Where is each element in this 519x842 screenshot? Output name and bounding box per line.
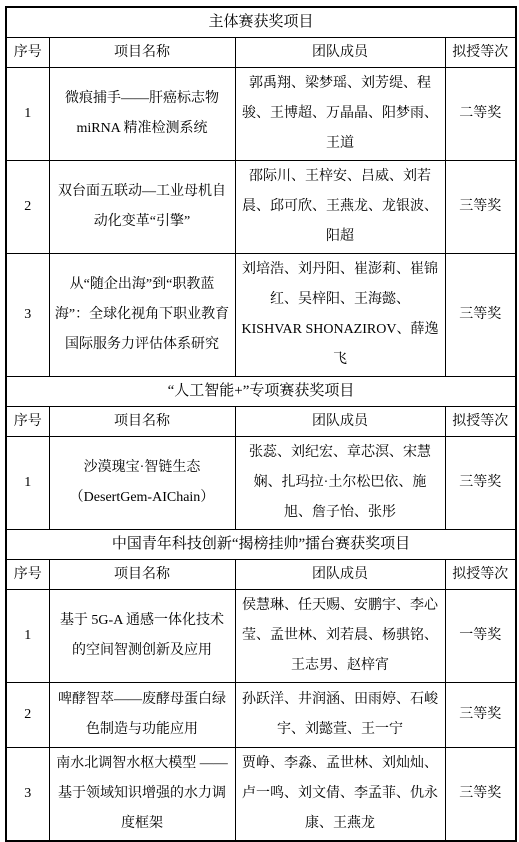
team-members-cell: 张蕊、刘纪宏、章芯溟、宋慧娴、扎玛拉·土尔松巴依、施旭、詹子怡、张彤 — [235, 437, 445, 530]
column-header-award: 拟授等次 — [445, 560, 516, 590]
table-row: 3 南水北调智水枢大模型 —— 基于领域知识增强的水力调度框架 贾峥、李淼、孟世… — [6, 748, 516, 842]
team-members-cell: 侯慧琳、任天赐、安鹏宇、李心莹、孟世林、刘若晨、杨骐铭、王志男、赵梓宵 — [235, 590, 445, 683]
column-header-members: 团队成员 — [235, 38, 445, 68]
section-title-row: 中国青年科技创新“揭榜挂帅”擂台赛获奖项目 — [6, 530, 516, 560]
section-title: 中国青年科技创新“揭榜挂帅”擂台赛获奖项目 — [6, 530, 516, 560]
serial-cell: 2 — [6, 683, 49, 748]
section-title: 主体赛获奖项目 — [6, 7, 516, 38]
awards-table: 主体赛获奖项目 序号 项目名称 团队成员 拟授等次 1 微痕捕手——肝癌标志物 … — [5, 6, 517, 842]
award-cell: 一等奖 — [445, 590, 516, 683]
table-row: 1 沙漠瑰宝·智链生态（DesertGem-AIChain） 张蕊、刘纪宏、章芯… — [6, 437, 516, 530]
team-members-cell: 刘培浩、刘丹阳、崔澎莉、崔锦红、吴梓阳、王海懿、KISHVAR SHONAZIR… — [235, 254, 445, 377]
team-members-cell: 郭禹翔、梁梦瑶、刘芳缇、程骏、王博超、万晶晶、阳梦雨、王道 — [235, 68, 445, 161]
column-header-serial: 序号 — [6, 407, 49, 437]
column-header-name: 项目名称 — [49, 38, 235, 68]
team-members-cell: 贾峥、李淼、孟世林、刘灿灿、卢一鸣、刘文倩、李孟菲、仇永康、王燕龙 — [235, 748, 445, 842]
column-header-row: 序号 项目名称 团队成员 拟授等次 — [6, 407, 516, 437]
column-header-name: 项目名称 — [49, 560, 235, 590]
project-name-cell: 啤酵智萃——废酵母蛋白绿色制造与功能应用 — [49, 683, 235, 748]
team-members-cell: 邵际川、王梓安、吕威、刘若晨、邱可欣、王燕龙、龙银波、阳超 — [235, 161, 445, 254]
document-page: 主体赛获奖项目 序号 项目名称 团队成员 拟授等次 1 微痕捕手——肝癌标志物 … — [0, 0, 519, 764]
column-header-members: 团队成员 — [235, 407, 445, 437]
table-row: 1 基于 5G-A 通感一体化技术的空间智测创新及应用 侯慧琳、任天赐、安鹏宇、… — [6, 590, 516, 683]
table-row: 2 双台面五联动—工业母机自动化变革“引擎” 邵际川、王梓安、吕威、刘若晨、邱可… — [6, 161, 516, 254]
column-header-row: 序号 项目名称 团队成员 拟授等次 — [6, 560, 516, 590]
project-name-cell: 双台面五联动—工业母机自动化变革“引擎” — [49, 161, 235, 254]
column-header-row: 序号 项目名称 团队成员 拟授等次 — [6, 38, 516, 68]
table-row: 2 啤酵智萃——废酵母蛋白绿色制造与功能应用 孙跃洋、井润涵、田雨婷、石峻宇、刘… — [6, 683, 516, 748]
award-cell: 三等奖 — [445, 437, 516, 530]
column-header-name: 项目名称 — [49, 407, 235, 437]
project-name-cell: 微痕捕手——肝癌标志物 miRNA 精准检测系统 — [49, 68, 235, 161]
serial-cell: 3 — [6, 254, 49, 377]
project-name-cell: 从“随企出海”到“职教蓝海”：全球化视角下职业教育国际服务力评估体系研究 — [49, 254, 235, 377]
award-cell: 二等奖 — [445, 68, 516, 161]
table-row: 1 微痕捕手——肝癌标志物 miRNA 精准检测系统 郭禹翔、梁梦瑶、刘芳缇、程… — [6, 68, 516, 161]
column-header-award: 拟授等次 — [445, 407, 516, 437]
column-header-members: 团队成员 — [235, 560, 445, 590]
column-header-award: 拟授等次 — [445, 38, 516, 68]
project-name-cell: 南水北调智水枢大模型 —— 基于领域知识增强的水力调度框架 — [49, 748, 235, 842]
team-members-cell: 孙跃洋、井润涵、田雨婷、石峻宇、刘懿萱、王一宁 — [235, 683, 445, 748]
award-cell: 三等奖 — [445, 683, 516, 748]
serial-cell: 1 — [6, 68, 49, 161]
award-cell: 三等奖 — [445, 161, 516, 254]
section-title-row: 主体赛获奖项目 — [6, 7, 516, 38]
serial-cell: 1 — [6, 437, 49, 530]
column-header-serial: 序号 — [6, 560, 49, 590]
section-title-row: “人工智能+”专项赛获奖项目 — [6, 377, 516, 407]
serial-cell: 2 — [6, 161, 49, 254]
section-title: “人工智能+”专项赛获奖项目 — [6, 377, 516, 407]
column-header-serial: 序号 — [6, 38, 49, 68]
table-row: 3 从“随企出海”到“职教蓝海”：全球化视角下职业教育国际服务力评估体系研究 刘… — [6, 254, 516, 377]
serial-cell: 1 — [6, 590, 49, 683]
project-name-cell: 沙漠瑰宝·智链生态（DesertGem-AIChain） — [49, 437, 235, 530]
award-cell: 三等奖 — [445, 254, 516, 377]
serial-cell: 3 — [6, 748, 49, 842]
award-cell: 三等奖 — [445, 748, 516, 842]
project-name-cell: 基于 5G-A 通感一体化技术的空间智测创新及应用 — [49, 590, 235, 683]
